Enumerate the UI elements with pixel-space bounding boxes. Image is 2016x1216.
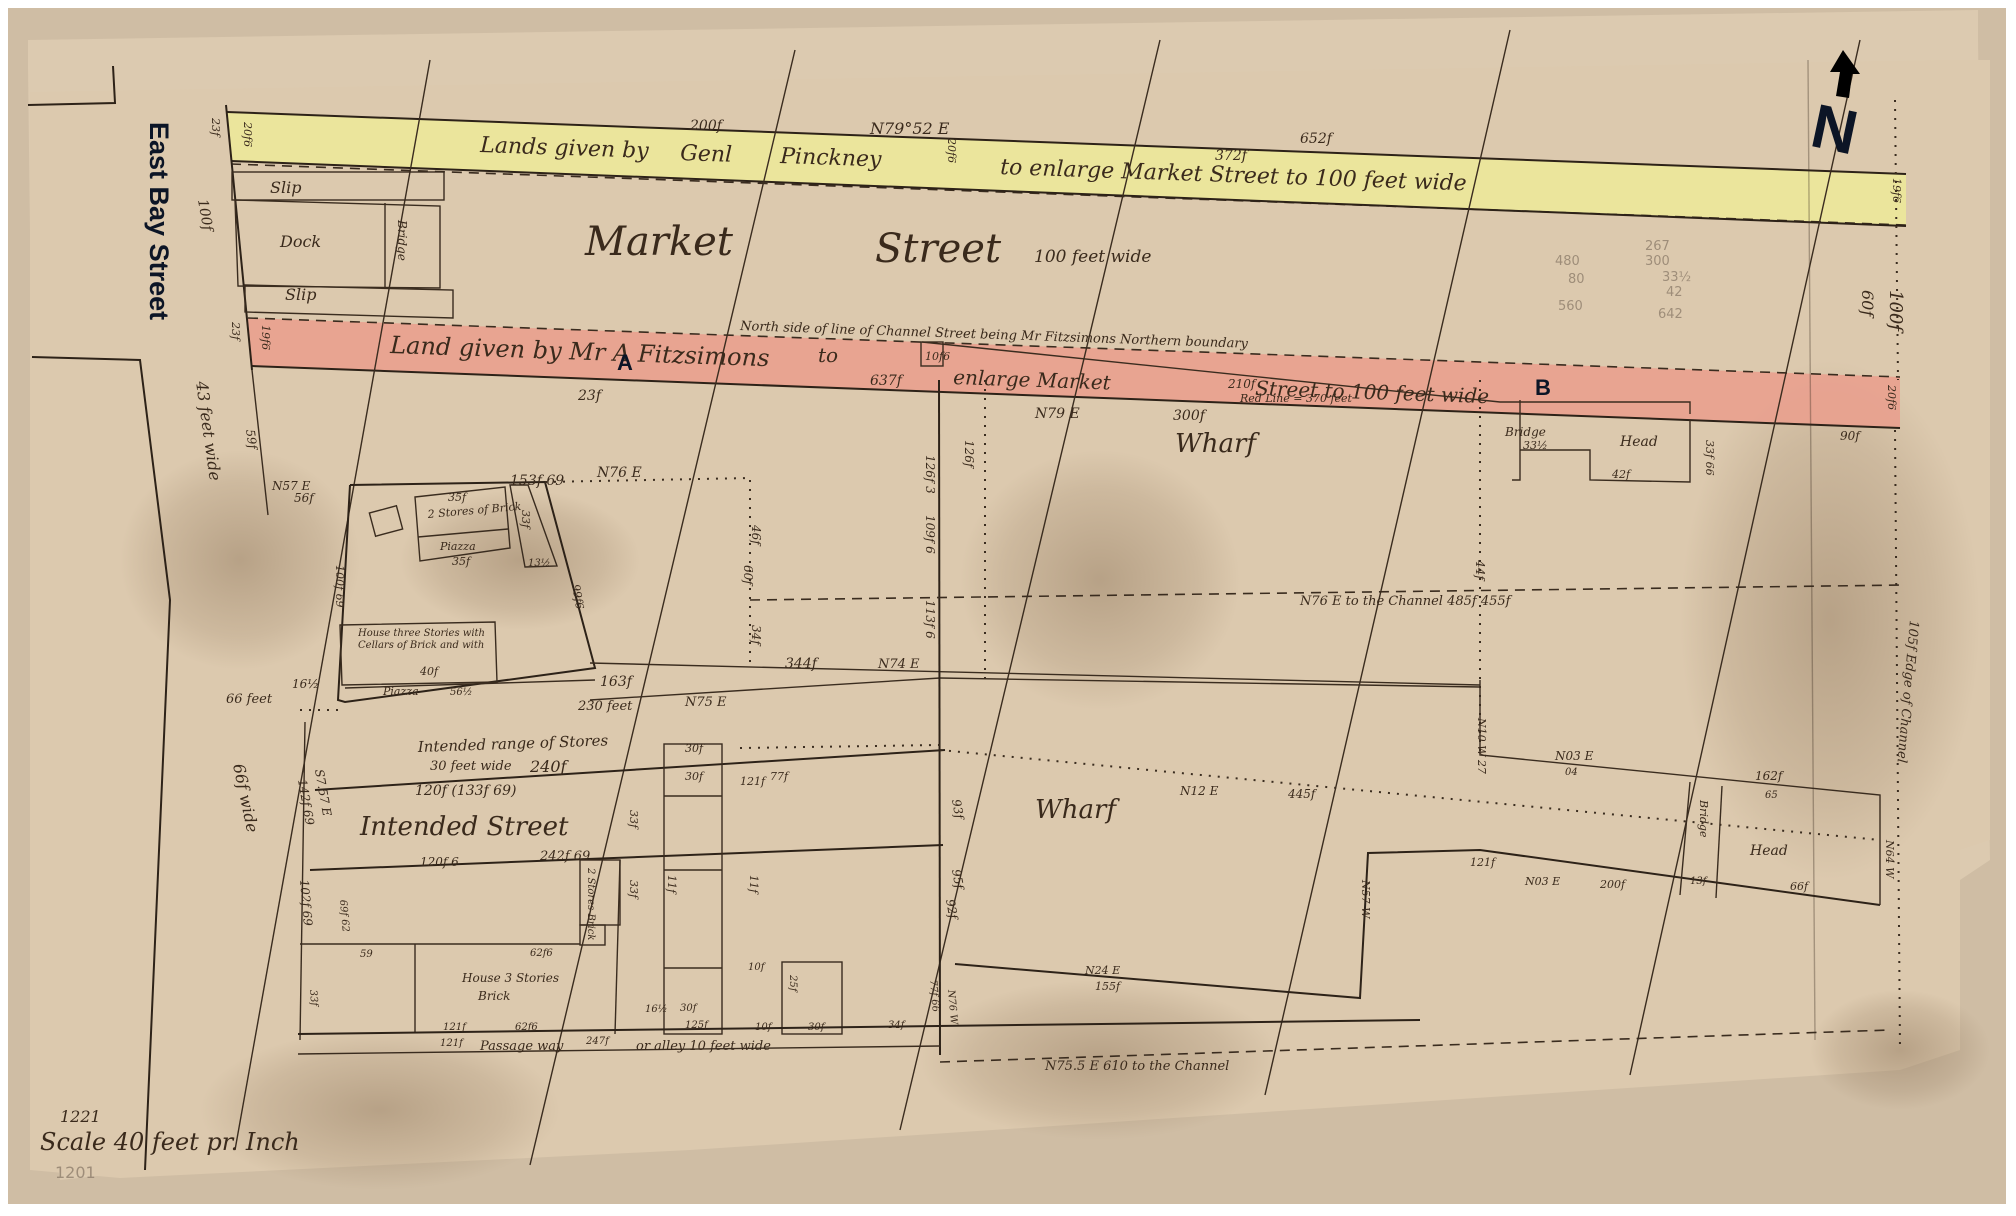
dimension-label: 11f [747, 875, 760, 895]
dock-label: Dock [279, 232, 321, 251]
market-street-label: Market [584, 219, 734, 265]
dimension-label: 240f [529, 757, 570, 776]
red-band-text: to [818, 343, 838, 367]
dimension-label: 56½ [450, 687, 472, 698]
scale-label: Scale 40 feet pr. Inch [40, 1128, 300, 1156]
dimension-label: 120f 6 [420, 855, 459, 869]
dimension-label: 25f [787, 974, 798, 994]
marker-a: A [617, 350, 633, 375]
dimension-label: 42f [1611, 468, 1632, 481]
dimension-label: 90f [1840, 429, 1862, 443]
dimension-label: 34f [749, 625, 763, 647]
dimension-label: 04 [1565, 767, 1578, 778]
svg-text:300: 300 [1645, 254, 1670, 269]
dimension-label: 20f6 [1885, 384, 1898, 410]
dimension-label: 13½ [528, 558, 550, 569]
passage-label: Passage way [479, 1039, 564, 1054]
dimension-label: 33f [627, 810, 640, 830]
dimension-label: 121f [443, 1022, 468, 1033]
market-street-label: Street [875, 226, 1002, 272]
dimension-label: 19f6 [1890, 178, 1903, 203]
stores-width: 30 feet wide [430, 759, 512, 774]
dimension-label: 13f [1690, 876, 1709, 887]
dimension-label: 23f [209, 117, 222, 138]
svg-text:80: 80 [1568, 272, 1585, 287]
dimension-label: 33f [519, 510, 532, 530]
dimension-label: 126f [962, 440, 976, 470]
dimension-label: 113f 6 [923, 600, 937, 639]
dimension-label: 62f6 [515, 1022, 538, 1033]
bearing-label: N24 E [1084, 964, 1120, 977]
dimension-label: 125f [685, 1020, 710, 1031]
dimension-label: 66f [1790, 880, 1810, 893]
head-label: Head [1619, 434, 1658, 450]
dimension-label: 16½ [292, 677, 319, 691]
dimension-label: 10f [748, 962, 767, 973]
dimension-label: 60f [741, 565, 755, 587]
dimension-label: 445f [1287, 787, 1318, 801]
sheet-number-faint: 1201 [55, 1163, 96, 1182]
dimension-label: 155f [1095, 980, 1122, 993]
dimension-label: 35f [448, 491, 468, 504]
dimension-label: 60f [1858, 290, 1877, 319]
dimension-label: 33½ [1523, 439, 1548, 452]
water-stain [960, 450, 1240, 710]
market-street-width: 100 feet wide [1034, 247, 1151, 267]
dimension-label: 121f [740, 775, 767, 788]
intended-street-label: Intended Street [359, 812, 569, 842]
brick-stores-label: 2 Stores Brick [585, 867, 596, 940]
svg-text:267: 267 [1645, 239, 1670, 254]
bridge-label: Bridge [395, 219, 409, 261]
dimension-label: 200f [689, 118, 725, 134]
dimension-label: 20f6 [241, 121, 254, 147]
water-stain [200, 1030, 560, 1190]
bearing-label: N74 E [877, 657, 920, 672]
dimension-label: 10f6 [925, 350, 950, 363]
dimension-label: 242f 69 [539, 849, 590, 864]
east-bay-street-label: East Bay Street [144, 122, 174, 320]
bearing-label: N64 W [1883, 839, 1896, 880]
bearing-label: N03 E [1554, 749, 1594, 763]
dimension-label: 100f [1885, 290, 1906, 334]
bearing-label: N10 W 27 [1475, 717, 1488, 774]
svg-text:560: 560 [1558, 299, 1583, 314]
dimension-label: 56f [294, 491, 316, 505]
dimension-label: 162f [1755, 769, 1785, 783]
dimension-label: 247f [585, 1036, 611, 1047]
sheet-number: 1221 [60, 1107, 101, 1126]
piazza-label: Piazza [382, 685, 419, 698]
channel-note: N76 E to the Channel 485f 455f [1299, 594, 1513, 609]
yellow-band-text: Pinckney [779, 144, 883, 173]
dimension-label: 153f 69 [510, 473, 564, 489]
dimension-label: 62f6 [530, 948, 553, 959]
wharf-label: Wharf [1035, 795, 1120, 825]
dimension-label: 11f [665, 875, 678, 895]
dimension-label: 33f 66 [1703, 440, 1716, 476]
dimension-label: 77f [770, 770, 790, 783]
slip-label: Slip [270, 178, 301, 197]
dimension-label: 16½ [645, 1004, 667, 1015]
bearing-label: N79 E [1034, 406, 1080, 422]
bridge-label: Bridge [1504, 425, 1546, 439]
dimension-label: 109f 6 [923, 515, 937, 554]
dimension-label: 30f [685, 770, 705, 783]
dimension-label: 10f [755, 1022, 774, 1033]
dimension-label: 19f6 [259, 325, 272, 350]
head-label: Head [1749, 843, 1788, 859]
dimension-label: 66 feet [226, 692, 273, 707]
dimension-label: 35f [452, 555, 472, 568]
dimension-label: 121f [440, 1038, 465, 1049]
red-line-note: Red Line = 370 feet [1239, 392, 1353, 405]
dimension-label: 126f 3 [923, 455, 937, 494]
house-label: House 3 Stories [461, 971, 559, 985]
marker-b: B [1535, 375, 1551, 400]
yellow-band-text: Genl [680, 141, 733, 168]
dimension-label: 20f6 [945, 137, 958, 163]
svg-text:642: 642 [1658, 307, 1683, 322]
bearing-label: N12 E [1179, 784, 1219, 798]
piazza-label: Piazza [439, 540, 476, 553]
dimension-label: 44f [1473, 559, 1487, 582]
dimension-label: 46f [749, 524, 763, 547]
dimension-label: 33f [627, 880, 640, 900]
dimension-label: 637f [870, 373, 905, 389]
dimension-label: 300f [1173, 408, 1208, 424]
wharf-label: Wharf [1175, 429, 1260, 459]
dimension-label: 23f [577, 388, 604, 404]
bearing-label: N75 E [684, 695, 727, 710]
bearing-label: N03 E [1524, 875, 1560, 888]
dimension-label: 100f 69 [333, 565, 346, 608]
dimension-label: 65 [1765, 790, 1778, 801]
dimension-label: 40f [419, 665, 440, 678]
dimension-label: 23f [229, 321, 242, 342]
dimension-label: 344f [785, 656, 820, 672]
dimension-label: 34f [888, 1020, 907, 1031]
dimension-label: 30f [808, 1022, 827, 1033]
dimension-label: 59 [360, 949, 373, 960]
bridge-label: Bridge [1697, 799, 1710, 838]
dimension-label: 30f [680, 1003, 699, 1014]
bearing-label: N79°52 E [869, 119, 950, 138]
dimension-label: 121f [1470, 856, 1497, 869]
dimension-label: 120f (133f 69) [415, 783, 516, 799]
bearing-label: N57 W [1359, 879, 1372, 920]
house-label: Brick [477, 989, 510, 1003]
svg-text:42: 42 [1666, 285, 1683, 300]
water-stain [1680, 360, 1980, 880]
bearing-label: N76 E [596, 465, 642, 481]
survey-map: N East Bay Street Lands given by Genl Pi… [0, 0, 2016, 1216]
dimension-label: 163f [600, 674, 635, 690]
dimension-label: 210f [1227, 377, 1258, 391]
dimension-label: 230 feet [577, 699, 633, 714]
svg-text:33½: 33½ [1662, 270, 1691, 285]
slip-label: Slip [285, 285, 316, 304]
dimension-label: 372f [1215, 148, 1250, 164]
central-boundary [939, 380, 940, 1055]
svg-text:480: 480 [1555, 254, 1580, 269]
channel-note: N75.5 E 610 to the Channel [1044, 1059, 1229, 1074]
dimension-label: 652f [1300, 131, 1335, 147]
dimension-label: 30f [685, 742, 705, 755]
water-stain [1810, 990, 1990, 1110]
dimension-label: 200f [1599, 878, 1627, 891]
alley-label: or alley 10 feet wide [636, 1039, 771, 1054]
